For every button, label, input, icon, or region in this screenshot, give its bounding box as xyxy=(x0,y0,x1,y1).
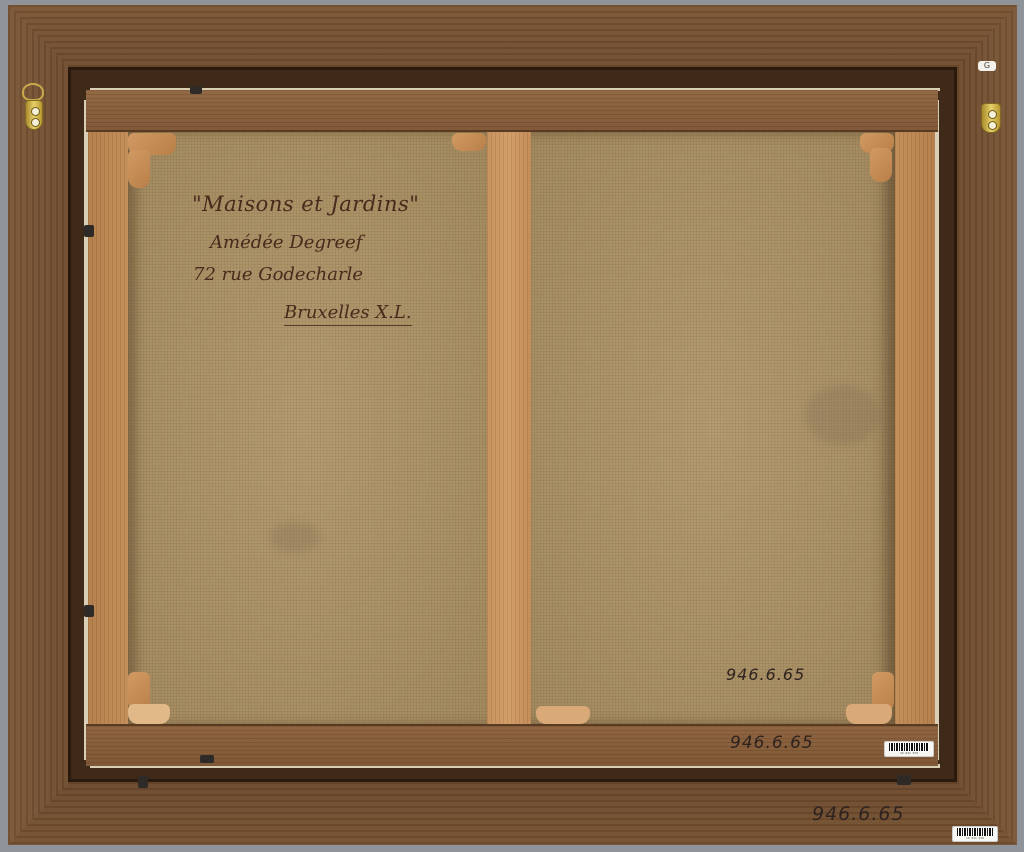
stretcher-top-bar xyxy=(86,90,938,132)
canvas-stain xyxy=(270,522,320,552)
inventory-number-stretcher: 946.6.65 xyxy=(730,733,814,753)
stretcher-left-bar xyxy=(88,132,128,724)
barcode-label-stretcher: 10 041 076 xyxy=(884,741,934,757)
barcode-icon xyxy=(957,828,993,836)
canvas-fold-right xyxy=(935,100,939,760)
retaining-clip-icon xyxy=(84,225,94,237)
inventory-number-frame: 946.6.65 xyxy=(812,803,905,825)
inscription-artist: Amédée Degreef xyxy=(210,232,362,253)
corner-key xyxy=(846,704,892,724)
center-key xyxy=(536,706,590,724)
frame-top-rail xyxy=(8,5,1017,67)
retaining-clip-icon xyxy=(190,86,202,94)
inscription-city: Bruxelles X.L. xyxy=(284,302,412,326)
hanging-ring-icon xyxy=(22,83,44,101)
inscription-title: "Maisons et Jardins" xyxy=(192,192,419,216)
frame-left-rail xyxy=(8,5,68,845)
tag-label: G xyxy=(978,61,996,71)
canvas-left-panel xyxy=(128,132,487,724)
inventory-number-canvas: 946.6.65 xyxy=(726,665,805,684)
barcode-icon xyxy=(889,743,928,751)
inscription-address: 72 rue Godecharle xyxy=(193,264,363,285)
hanger-plate-right-icon xyxy=(981,103,1001,133)
barcode-label-frame: 10 041 076 xyxy=(952,826,998,842)
corner-key xyxy=(128,704,170,724)
corner-key xyxy=(128,150,150,188)
stretcher-right-bar xyxy=(895,132,935,724)
corner-key xyxy=(870,148,892,182)
retaining-clip-icon xyxy=(84,605,94,617)
retaining-clip-icon xyxy=(897,775,911,785)
hanger-plate-left-icon xyxy=(25,100,43,130)
center-key xyxy=(452,133,486,151)
canvas-stain xyxy=(805,385,880,445)
retaining-clip-icon xyxy=(200,755,214,763)
stretcher-center-bar xyxy=(487,132,531,724)
retaining-clip-icon xyxy=(138,776,148,788)
